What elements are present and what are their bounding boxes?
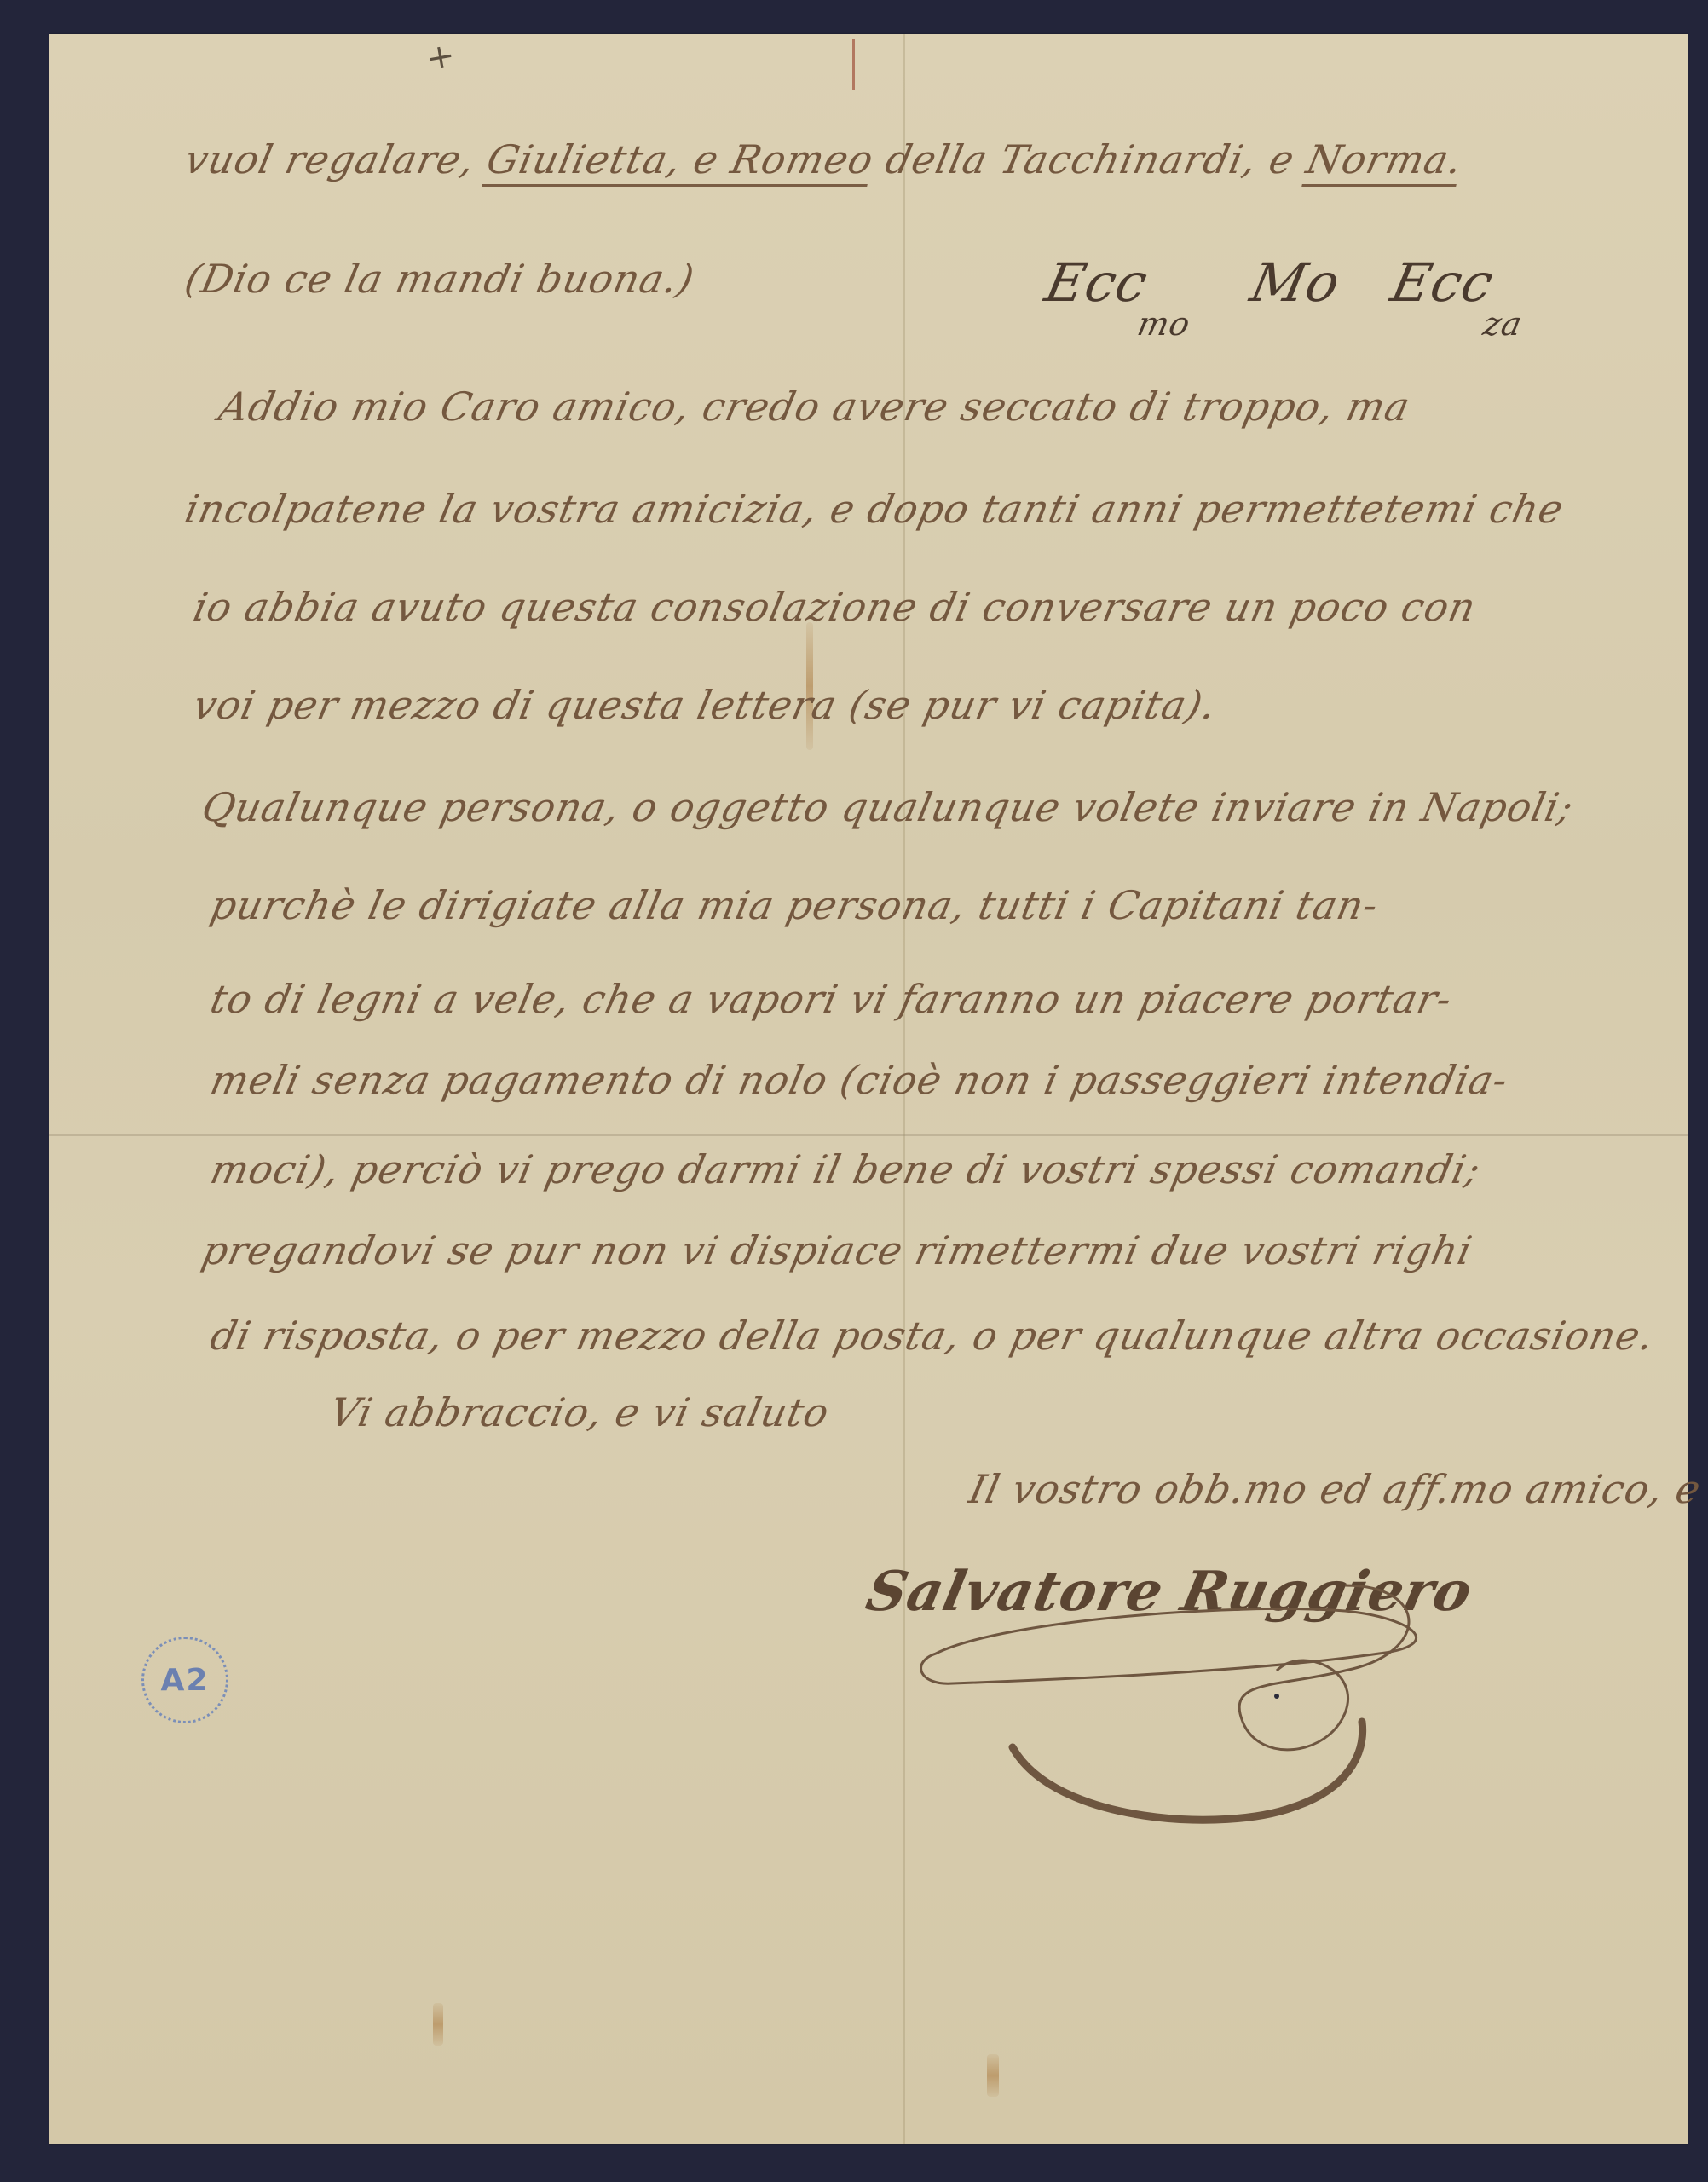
letter-line-6: voi per mezzo di questa lettera (se pur … <box>189 682 1220 728</box>
opera-title-underlined: Norma. <box>1301 136 1467 187</box>
letter-line-10: meli senza pagamento di nolo (cioè non i… <box>206 1057 1512 1103</box>
letter-line-8: purchè le dirigiate alla mia persona, tu… <box>206 882 1382 928</box>
letter-line-3: Addio mio Caro amico, credo avere seccat… <box>215 384 1414 430</box>
foxing-stain <box>987 2054 999 2097</box>
foxing-stain <box>433 2003 443 2046</box>
letter-line-12: pregandovi se pur non vi dispiace rimett… <box>198 1227 1476 1273</box>
letter-line-14: Vi abbraccio, e vi saluto <box>326 1389 834 1435</box>
letter-line-1: vuol regalare, Giulietta, e Romeo della … <box>181 136 1467 182</box>
letter-line-11: moci), perciò vi prego darmi il bene di … <box>206 1146 1485 1192</box>
signature-flourish <box>902 1551 1584 1833</box>
letter-line-13: di risposta, o per mezzo della posta, o … <box>206 1313 1659 1359</box>
salutation: Eccmo Mo Eccza <box>1040 251 1538 314</box>
salutation-abbrev: Ecc <box>1386 251 1499 314</box>
archive-stamp-label: A2 <box>161 1663 210 1698</box>
horizontal-fold-crease <box>49 1134 1688 1136</box>
salutation-superscript: za <box>1480 305 1526 343</box>
salutation-abbrev: Mo <box>1245 251 1346 314</box>
letter-line-7: Qualunque persona, o oggetto qualunque v… <box>198 784 1578 830</box>
letter-line-2: (Dio ce la mandi buona.) <box>181 256 699 302</box>
opera-title-underlined: Giulietta, e Romeo <box>482 136 879 187</box>
archive-stamp: A2 <box>141 1636 228 1723</box>
line-text: della Tacchinardi, e <box>868 136 1313 182</box>
tear-mark <box>852 39 855 90</box>
letter-page: + vuol regalare, Giulietta, e Romeo dell… <box>49 34 1688 2144</box>
closing-formula: Il vostro obb.mo ed aff.mo amico, e serv… <box>965 1466 1708 1512</box>
salutation-superscript: mo <box>1134 305 1194 343</box>
letter-line-4: incolpatene la vostra amicizia, e dopo t… <box>181 486 1568 532</box>
salutation-abbrev: Ecc <box>1040 251 1153 314</box>
letter-line-5: io abbia avuto questa consolazione di co… <box>189 584 1480 630</box>
letter-line-9: to di legni a vele, che a vapori vi fara… <box>206 976 1457 1022</box>
line-text: vuol regalare, <box>181 136 493 182</box>
pencil-cross-mark: + <box>423 35 458 78</box>
